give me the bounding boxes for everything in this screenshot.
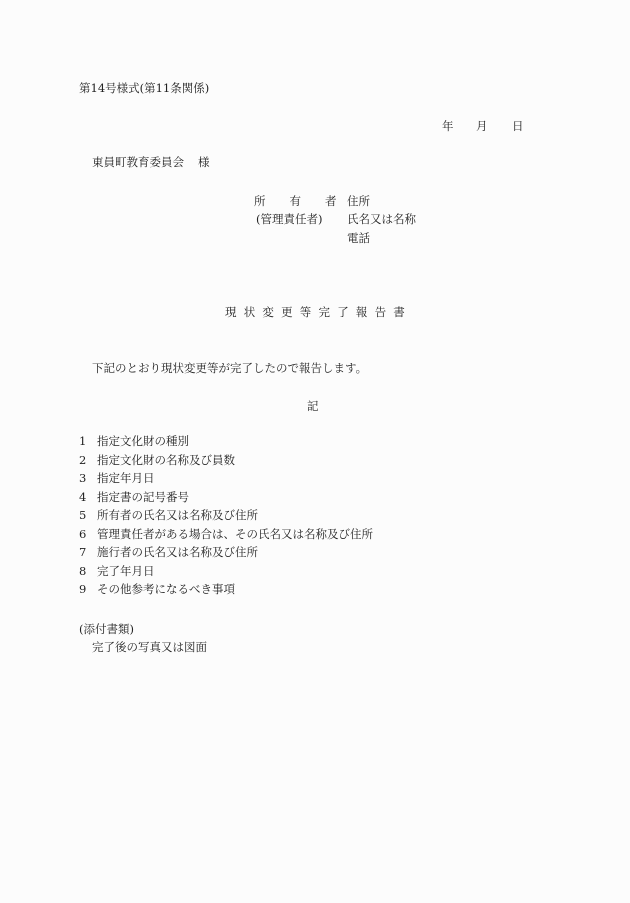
owner-label-char: 有 xyxy=(290,194,302,208)
item-text: 指定書の記号番号 xyxy=(97,490,189,504)
owner-label: 所有者 xyxy=(254,194,337,208)
item-number: 5 xyxy=(79,508,97,522)
date-day-label: 日 xyxy=(512,119,524,133)
owner-label-char: 者 xyxy=(325,194,337,208)
field-name: 氏名又は名称 xyxy=(347,212,416,226)
owner-label-char: 所 xyxy=(254,194,266,208)
item-number: 1 xyxy=(79,434,97,448)
addressee: 東員町教育委員会様 xyxy=(92,155,210,169)
item-number: 7 xyxy=(79,545,97,559)
document-title: 現状変更等完了報告書 xyxy=(225,305,412,319)
form-number: 第14号様式(第11条関係) xyxy=(79,81,209,95)
list-item: 9その他参考になるべき事項 xyxy=(79,582,373,601)
addressee-name: 東員町教育委員会 xyxy=(92,155,184,169)
item-text: 指定文化財の名称及び員数 xyxy=(97,453,235,467)
field-address: 住所 xyxy=(347,194,370,208)
list-item: 4指定書の記号番号 xyxy=(79,490,373,509)
item-number: 2 xyxy=(79,453,97,467)
item-number: 6 xyxy=(79,527,97,541)
item-text: 指定年月日 xyxy=(97,471,155,485)
list-item: 3指定年月日 xyxy=(79,471,373,490)
addressee-honorific: 様 xyxy=(198,155,210,169)
list-item: 6管理責任者がある場合は、その氏名又は名称及び住所 xyxy=(79,527,373,546)
item-text: 完了年月日 xyxy=(97,564,155,578)
item-text: 施行者の氏名又は名称及び住所 xyxy=(97,545,258,559)
date-year-label: 年 xyxy=(442,119,454,133)
list-item: 7施行者の氏名又は名称及び住所 xyxy=(79,545,373,564)
list-item: 5所有者の氏名又は名称及び住所 xyxy=(79,508,373,527)
item-number: 8 xyxy=(79,564,97,578)
attachments-heading: (添付書類) xyxy=(79,622,134,636)
item-number: 4 xyxy=(79,490,97,504)
item-number: 3 xyxy=(79,471,97,485)
field-phone: 電話 xyxy=(347,231,370,245)
item-text: 管理責任者がある場合は、その氏名又は名称及び住所 xyxy=(97,527,373,541)
item-list: 1指定文化財の種別 2指定文化財の名称及び員数 3指定年月日 4指定書の記号番号… xyxy=(79,434,373,601)
item-text: その他参考になるべき事項 xyxy=(97,582,235,596)
intro-text: 下記のとおり現状変更等が完了したので報告します。 xyxy=(92,361,367,375)
manager-label: (管理責任者) xyxy=(256,212,322,226)
list-item: 8完了年月日 xyxy=(79,564,373,583)
list-item: 2指定文化財の名称及び員数 xyxy=(79,453,373,472)
item-text: 所有者の氏名又は名称及び住所 xyxy=(97,508,258,522)
ki-heading: 記 xyxy=(307,399,319,413)
list-item: 1指定文化財の種別 xyxy=(79,434,373,453)
item-number: 9 xyxy=(79,582,97,596)
item-text: 指定文化財の種別 xyxy=(97,434,189,448)
date-month-label: 月 xyxy=(476,119,488,133)
attachment-item: 完了後の写真又は図面 xyxy=(92,640,207,654)
